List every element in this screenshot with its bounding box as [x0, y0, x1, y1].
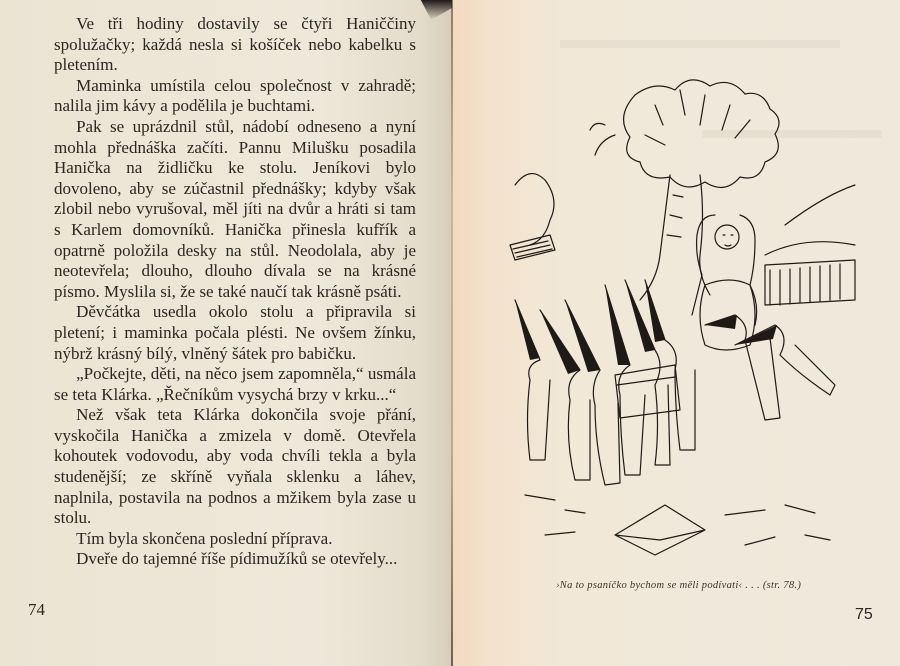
paragraph: Maminka umístila celou společnost v zahr… — [54, 76, 416, 117]
left-page: Ve tři hodiny dostavily se čtyři Haničči… — [0, 0, 452, 666]
left-page-text: Ve tři hodiny dostavily se čtyři Haničči… — [54, 14, 416, 570]
paragraph: Než však teta Klárka dokončila svoje přá… — [54, 405, 416, 529]
illustration-caption: ›Na to psaníčko bychom se měli podívati‹… — [556, 580, 801, 591]
paragraph: „Počkejte, děti, na něco jsem zapomněla,… — [54, 364, 416, 405]
page-number-right: 75 — [855, 606, 873, 624]
gnomes-reading-letter-illustration — [505, 65, 865, 575]
paragraph: Pak se uprázdnil stůl, nádobí odneseno a… — [54, 117, 416, 302]
book-gutter — [451, 0, 453, 666]
bleed-through — [560, 40, 840, 48]
paragraph: Děvčátka usedla okolo stolu a připravila… — [54, 302, 416, 364]
paragraph: Dveře do tajemné říše pídimužíků se otev… — [54, 549, 416, 570]
book-spread: Ve tři hodiny dostavily se čtyři Haničči… — [0, 0, 900, 666]
paragraph: Tím byla skončena poslední příprava. — [54, 529, 416, 550]
page-number-left: 74 — [28, 600, 45, 620]
paragraph: Ve tři hodiny dostavily se čtyři Haničči… — [54, 14, 416, 76]
